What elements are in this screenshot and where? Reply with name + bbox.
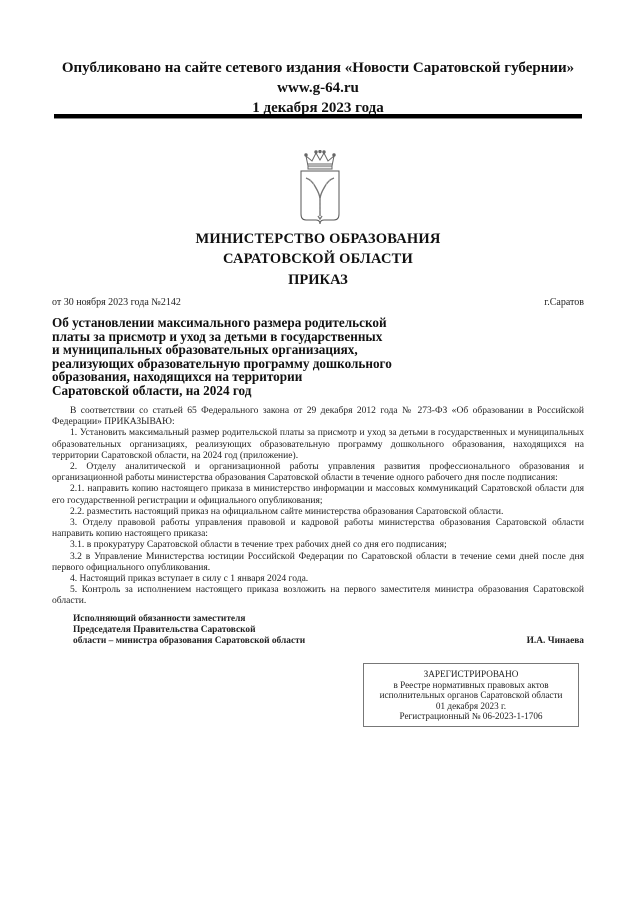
publication-notice: Опубликовано на сайте сетевого издания «…	[0, 58, 636, 118]
subject-line: реализующих образовательную программу до…	[52, 357, 412, 371]
subject-line: Об установлении максимального размера ро…	[52, 316, 412, 330]
clause-2-1: 2.1. направить копию настоящего приказа …	[52, 483, 584, 505]
clause-2: 2. Отделу аналитической и организационно…	[52, 461, 584, 483]
clause-3: 3. Отделу правовой работы управления пра…	[52, 517, 584, 539]
signer-title-line: области – министра образования Саратовск…	[73, 636, 305, 647]
clause-1: 1. Установить максимальный размер родите…	[52, 427, 584, 461]
registration-registry: в Реестре нормативных правовых актов	[364, 680, 578, 691]
signer-title: Исполняющий обязанности заместителя Пред…	[73, 614, 305, 648]
preamble: В соответствии со статьей 65 Федеральног…	[52, 405, 584, 427]
order-city: г.Саратов	[544, 297, 584, 308]
document-type: ПРИКАЗ	[0, 272, 636, 289]
clause-3-2: 3.2 в Управление Министерства юстиции Ро…	[52, 551, 584, 573]
registration-heading: ЗАРЕГИСТРИРОВАНО	[364, 669, 578, 680]
order-body: В соответствии со статьей 65 Федеральног…	[52, 405, 584, 607]
registration-date: 01 декабря 2023 г.	[364, 701, 578, 712]
subject-line: образования, находящихся на территории	[52, 370, 412, 384]
saratov-coat-of-arms-icon	[296, 150, 344, 226]
subject-line: платы за присмотр и уход за детьми в гос…	[52, 330, 412, 344]
ministry-line: МИНИСТЕРСТВО ОБРАЗОВАНИЯ	[0, 229, 636, 249]
clause-5: 5. Контроль за исполнением настоящего пр…	[52, 584, 584, 606]
publication-site: www.g-64.ru	[0, 78, 636, 98]
order-date-number: от 30 ноября 2023 года №2142	[52, 297, 181, 308]
signer-title-line: Исполняющий обязанности заместителя	[73, 614, 305, 625]
registration-stamp: ЗАРЕГИСТРИРОВАНО в Реестре нормативных п…	[363, 663, 579, 727]
registration-authority: исполнительных органов Саратовской облас…	[364, 690, 578, 701]
clause-2-2: 2.2. разместить настоящий приказ на офиц…	[52, 506, 584, 517]
ministry-name: МИНИСТЕРСТВО ОБРАЗОВАНИЯ САРАТОВСКОЙ ОБЛ…	[0, 229, 636, 269]
subject-line: Саратовской области, на 2024 год	[52, 384, 412, 398]
signer-name: И.А. Чинаева	[527, 636, 584, 646]
header-divider	[54, 114, 582, 119]
ministry-region: САРАТОВСКОЙ ОБЛАСТИ	[0, 249, 636, 269]
publication-line: Опубликовано на сайте сетевого издания «…	[0, 58, 636, 78]
signer-title-line: Председателя Правительства Саратовской	[73, 625, 305, 636]
clause-4: 4. Настоящий приказ вступает в силу с 1 …	[52, 573, 584, 584]
clause-3-1: 3.1. в прокуратуру Саратовской области в…	[52, 539, 584, 550]
subject-line: и муниципальных образовательных организа…	[52, 343, 412, 357]
registration-number: Регистрационный № 06-2023-1-1706	[364, 711, 578, 722]
order-subject: Об установлении максимального размера ро…	[52, 316, 412, 398]
